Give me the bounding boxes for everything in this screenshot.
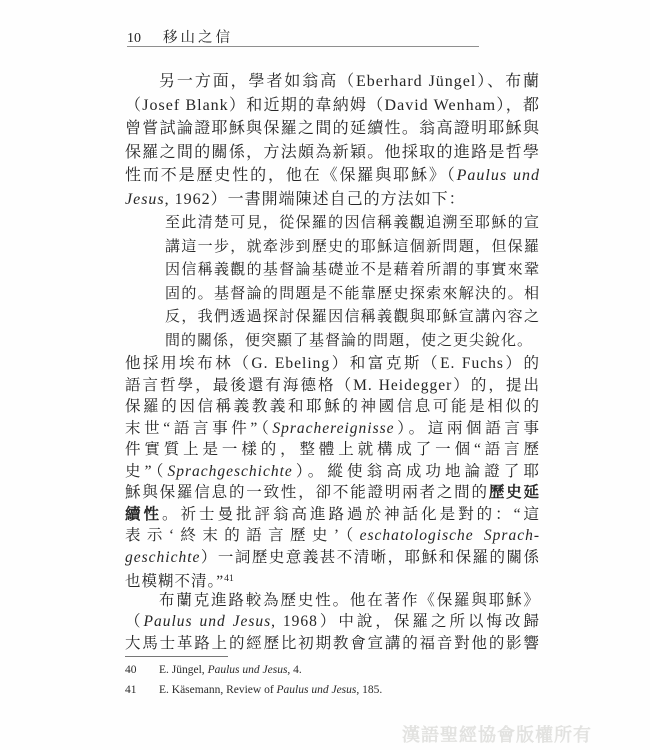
- text-segment: 大馬士革路上的經歷比初期教會宣講的福音對他的影響: [125, 635, 540, 652]
- text-segment: 曾嘗試論證耶穌與保羅之間的延續性。翁高證明耶穌與: [125, 120, 540, 137]
- text-segment: 因信稱義觀的基督論基礎並不是藉着所謂的事實來鞏: [165, 262, 540, 278]
- text-segment: Paulus und: [457, 167, 540, 184]
- text-line: （Paulus und Jesus, 1968）中說，保羅之所以悔改歸主，: [125, 611, 540, 633]
- paragraph: 布蘭克進路較為歷史性。他在著作《保羅與耶穌》（Paulus und Jesus,…: [125, 590, 540, 655]
- text-segment: 末世“語言事件”（: [125, 420, 272, 437]
- text-segment: 語言哲學，最後還有海德格（M. Heidegger）的，提出: [125, 377, 540, 394]
- page-number: 10: [127, 31, 141, 46]
- text-segment: 也模糊不清。”: [125, 573, 224, 590]
- footnote-item: 41E. Käsemann, Review of Paulus und Jesu…: [125, 680, 540, 700]
- text-segment: 固的。基督論的問題是不能靠歷史探索來解決的。相: [165, 286, 540, 302]
- text-segment: E. Jüngel,: [159, 664, 208, 676]
- text-segment: Paulus und Jesus: [208, 664, 288, 676]
- text-segment: ）。縱使翁高成功地論證了耶: [293, 463, 540, 480]
- text-segment: 布蘭克進路較為歷史性。他在著作《保羅與耶穌》: [159, 592, 540, 609]
- text-segment: 至此清楚可見，從保羅的因信稱義觀追溯至耶穌的宣: [165, 215, 540, 231]
- text-segment: 性而不是歷史性的，他在《保羅與耶穌》（: [125, 167, 457, 184]
- paragraph: 另一方面，學者如翁高（Eberhard Jüngel）、布蘭克（Josef Bl…: [125, 70, 540, 211]
- text-segment: 表示‘終末的語言歷史’（: [125, 527, 360, 544]
- text-segment: 歷史延: [489, 484, 540, 501]
- text-segment: 。祈士曼批評翁高進路過於神話化是對的：“這: [162, 506, 540, 523]
- text-segment: 間的關係，便突顯了基督論的問題，使之更尖銳化。: [165, 333, 533, 349]
- text-segment: （: [125, 613, 144, 630]
- paragraph: 他採用埃布林（G. Ebeling）和富克斯（E. Fuchs）的語言哲學，最後…: [125, 353, 540, 590]
- text-line: 也模糊不清。”41: [125, 568, 540, 590]
- text-segment: 保羅之間的關係，方法頗為新穎。他採取的進路是哲學: [125, 144, 540, 161]
- text-line: 大馬士革路上的經歷比初期教會宣講的福音對他的影響: [125, 633, 540, 655]
- document-body: 另一方面，學者如翁高（Eberhard Jüngel）、布蘭克（Josef Bl…: [125, 70, 540, 654]
- footnote-text: E. Jüngel, Paulus und Jesus, 4.: [159, 664, 302, 676]
- text-line: 反，我們透過探討保羅因信稱義觀與耶穌宣講內容之: [165, 306, 540, 330]
- footnote-rule: [125, 656, 228, 657]
- text-line: 末世“語言事件”（Sprachereignisse）。這兩個語言事: [125, 418, 540, 440]
- text-segment: , 1962）一書開端陳述自己的方法如下：: [165, 191, 466, 208]
- text-line: 續性。祈士曼批評翁高進路過於神話化是對的：“這: [125, 504, 540, 526]
- text-segment: ）一詞歷史意義甚不清晰，耶穌和保羅的關係: [200, 549, 540, 566]
- text-line: 曾嘗試論證耶穌與保羅之間的延續性。翁高證明耶穌與: [125, 117, 540, 141]
- text-line: 講這一步，就牽涉到歷史的耶穌這個新問題，但保羅: [165, 236, 540, 260]
- text-line: 性而不是歷史性的，他在《保羅與耶穌》（Paulus und: [125, 164, 540, 188]
- text-segment: Sprachereignisse: [272, 420, 394, 437]
- text-line: （Josef Blank）和近期的韋納姆（David Wenham），都: [125, 94, 540, 118]
- text-segment: 史”（: [125, 463, 167, 480]
- text-line: 間的關係，便突顯了基督論的問題，使之更尖銳化。40: [165, 330, 540, 354]
- text-segment: 另一方面，學者如翁高（Eberhard Jüngel）、布蘭克: [125, 73, 540, 94]
- text-segment: 件實質上是一樣的，整體上就構成了一個“語言歷: [125, 441, 540, 458]
- text-line: 至此清楚可見，從保羅的因信稱義觀追溯至耶穌的宣: [165, 212, 540, 236]
- text-segment: 他採用埃布林（G. Ebeling）和富克斯（E. Fuchs）的: [125, 355, 540, 372]
- text-line: 件實質上是一樣的，整體上就構成了一個“語言歷: [125, 439, 540, 461]
- text-segment: , 185.: [356, 684, 382, 696]
- footnote-number: 40: [125, 660, 159, 680]
- page-header: 10移山之信: [127, 26, 233, 47]
- text-line: 穌與保羅信息的一致性，卻不能證明兩者之間的歷史延: [125, 482, 540, 504]
- footnote-number: 41: [125, 680, 159, 700]
- text-line: 他採用埃布林（G. Ebeling）和富克斯（E. Fuchs）的: [125, 353, 540, 375]
- text-line: 保羅之間的關係，方法頗為新穎。他採取的進路是哲學: [125, 141, 540, 165]
- text-line: Jesus, 1962）一書開端陳述自己的方法如下：: [125, 188, 540, 212]
- footnote-item: 40E. Jüngel, Paulus und Jesus, 4.: [125, 660, 540, 680]
- text-segment: （Josef Blank）和近期的韋納姆（David Wenham），都: [125, 97, 540, 114]
- footnote-ref: 41: [224, 573, 234, 584]
- text-line: 表示‘終末的語言歷史’（eschatologische Sprach-: [125, 525, 540, 547]
- text-segment: Paulus und Jesus: [277, 684, 357, 696]
- text-segment: 穌與保羅信息的一致性，卻不能證明兩者之間的: [125, 484, 489, 501]
- text-segment: Paulus und Jesus: [144, 613, 272, 630]
- text-segment: 續性: [125, 506, 162, 523]
- text-segment: E. Käsemann, Review of: [159, 684, 277, 696]
- text-line: 語言哲學，最後還有海德格（M. Heidegger）的，提出: [125, 375, 540, 397]
- running-title: 移山之信: [163, 26, 233, 47]
- block-quote: 至此清楚可見，從保羅的因信稱義觀追溯至耶穌的宣講這一步，就牽涉到歷史的耶穌這個新…: [165, 212, 540, 353]
- footnotes: 40E. Jüngel, Paulus und Jesus, 4.41E. Kä…: [125, 660, 540, 700]
- text-segment: 講這一步，就牽涉到歷史的耶穌這個新問題，但保羅: [165, 239, 540, 255]
- text-segment: ）。這兩個語言事: [395, 420, 540, 437]
- text-segment: , 4.: [287, 664, 301, 676]
- text-segment: Jesus: [125, 191, 165, 208]
- text-line: 布蘭克進路較為歷史性。他在著作《保羅與耶穌》: [125, 590, 540, 612]
- text-line: 固的。基督論的問題是不能靠歷史探索來解決的。相: [165, 283, 540, 307]
- book-page: 10移山之信 另一方面，學者如翁高（Eberhard Jüngel）、布蘭克（J…: [0, 0, 650, 750]
- text-segment: 反，我們透過探討保羅因信稱義觀與耶穌宣講內容之: [165, 309, 540, 325]
- text-line: 因信稱義觀的基督論基礎並不是藉着所謂的事實來鞏: [165, 259, 540, 283]
- copyright-watermark: 漢語聖經協會版權所有: [402, 721, 592, 747]
- header-rule: [127, 46, 479, 47]
- text-segment: geschichte: [125, 549, 200, 566]
- text-line: geschichte）一詞歷史意義甚不清晰，耶穌和保羅的關係: [125, 547, 540, 569]
- footnote-text: E. Käsemann, Review of Paulus und Jesus,…: [159, 684, 382, 696]
- text-segment: Sprachgeschichte: [167, 463, 292, 480]
- text-segment: 保羅的因信稱義教義和耶穌的神國信息可能是相似的: [125, 398, 540, 415]
- text-line: 史”（Sprachgeschichte）。縱使翁高成功地論證了耶: [125, 461, 540, 483]
- text-line: 保羅的因信稱義教義和耶穌的神國信息可能是相似的: [125, 396, 540, 418]
- text-line: 另一方面，學者如翁高（Eberhard Jüngel）、布蘭克: [125, 70, 540, 94]
- text-segment: eschatologische Sprach-: [360, 527, 540, 544]
